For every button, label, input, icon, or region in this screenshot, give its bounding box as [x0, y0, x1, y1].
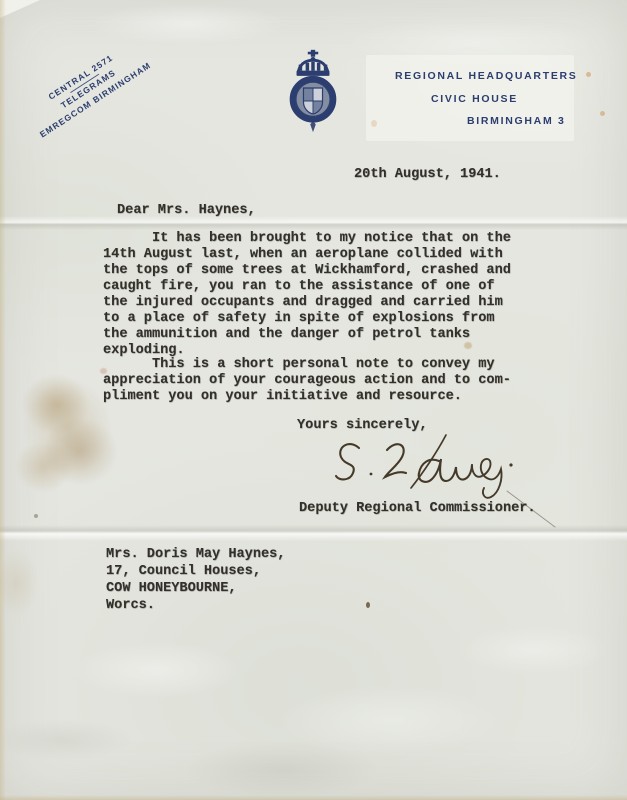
scan-edge-bottom [0, 795, 627, 800]
salutation: Dear Mrs. Haynes, [117, 203, 256, 219]
letter-date: 20th August, 1941. [354, 167, 501, 183]
letter-page: CENTRAL 2571 TELEGRAMS EMREGCOM BIRMINGH… [0, 0, 627, 800]
signer-title: Deputy Regional Commissioner. [299, 501, 536, 517]
royal-coat-of-arms-icon [287, 45, 339, 137]
recipient-address: Mrs. Doris May Haynes, 17, Council House… [106, 546, 285, 614]
scan-edge-left [0, 0, 6, 800]
paper-crumple-highlight-bottom [0, 600, 627, 800]
stain-speck [600, 111, 605, 116]
paper-corner-curl [0, 0, 40, 18]
body-paragraph-2: This is a short personal note to convey … [103, 357, 511, 405]
stain-speck [366, 602, 370, 608]
brown-stain-faint [0, 538, 55, 628]
stamp-telegrams-line: TELEGRAMS [30, 48, 148, 131]
letterhead-line-2: CIVIC HOUSE [431, 93, 518, 105]
stain-speck [34, 514, 38, 518]
body-paragraph-1: It has been brought to my notice that on… [103, 231, 511, 359]
letterhead-line-1: REGIONAL HEADQUARTERS [395, 70, 578, 82]
stain-speck [586, 72, 591, 77]
telegram-contact-stamp: CENTRAL 2571 TELEGRAMS EMREGCOM BIRMINGH… [22, 36, 154, 141]
handwritten-signature [325, 428, 565, 533]
fold-crease-upper [0, 216, 627, 230]
letterhead-line-3: BIRMINGHAM 3 [467, 115, 566, 127]
